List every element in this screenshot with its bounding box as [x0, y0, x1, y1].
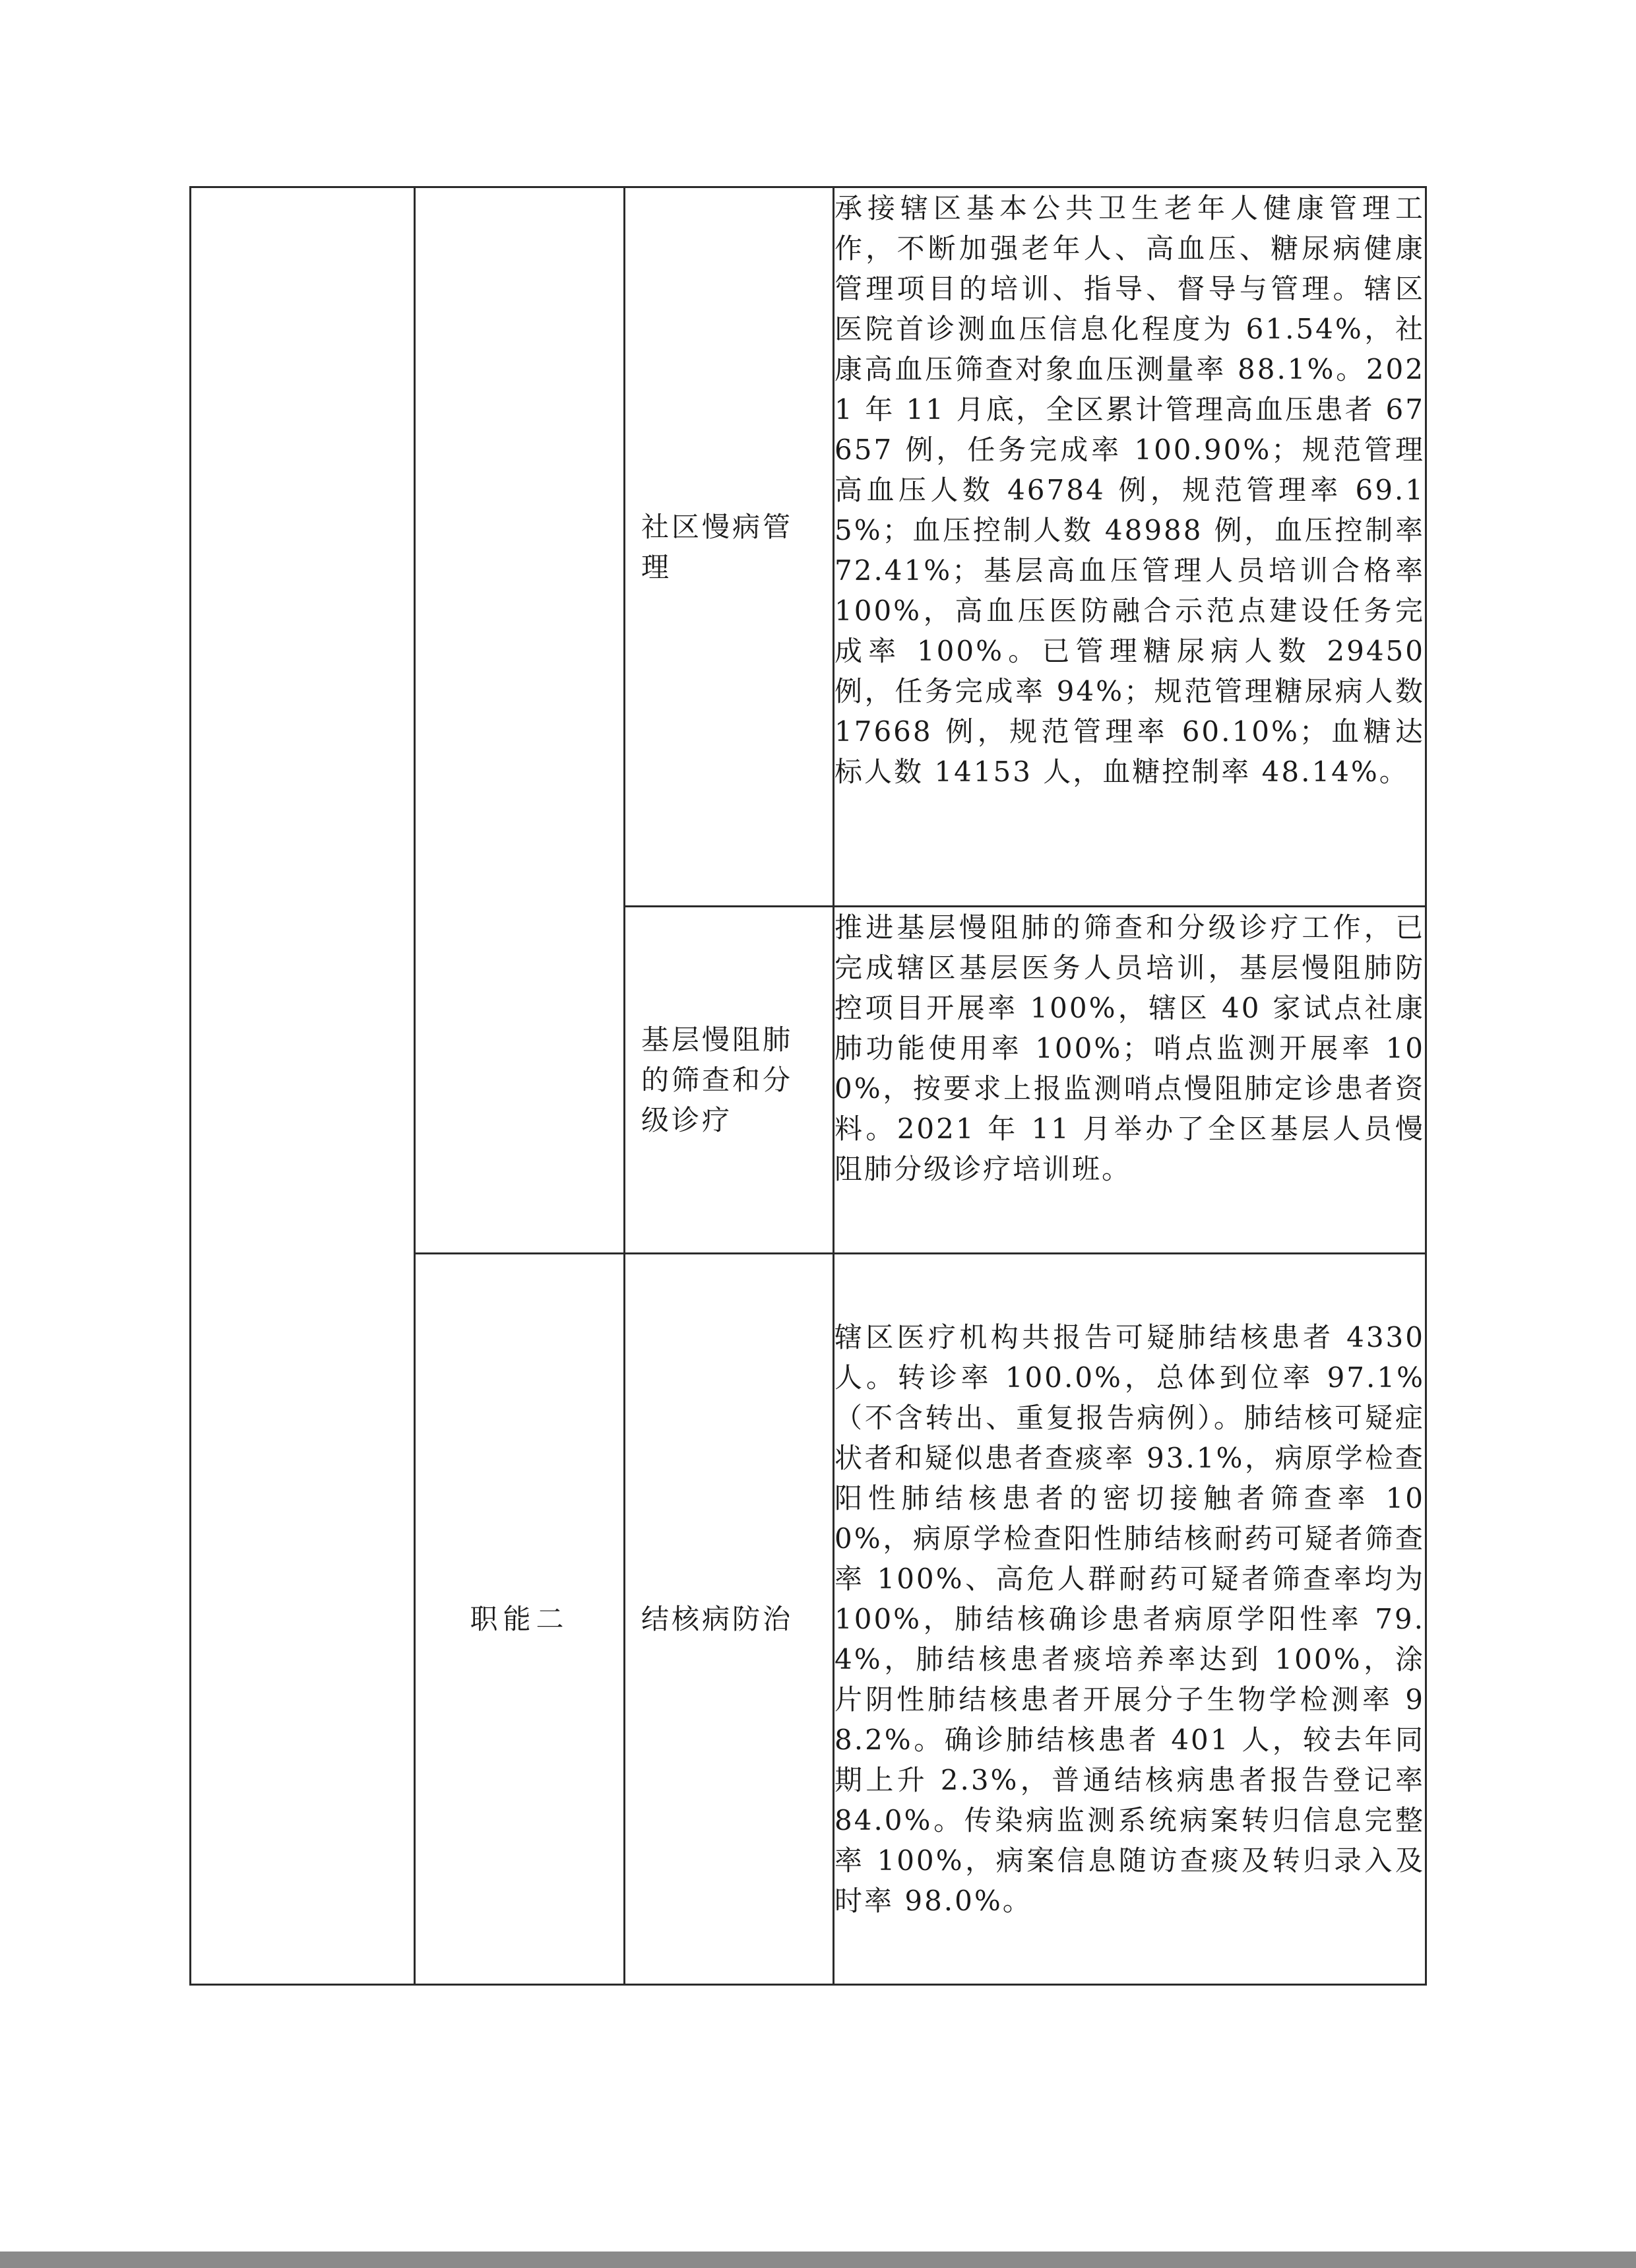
category-label: 社区慢病管理 — [625, 507, 833, 587]
table-row: 社区慢病管理 承接辖区基本公共卫生老年人健康管理工作，不断加强老年人、高血压、糖… — [191, 187, 1426, 907]
function-cell: 职能二 — [415, 1254, 625, 1985]
function-label: 职能二 — [416, 1599, 623, 1639]
function-cell — [415, 187, 625, 1254]
scan-edge-strip — [0, 2252, 1636, 2268]
content-cell: 辖区医疗机构共报告可疑肺结核患者 4330 人。转诊率 100.0%，总体到位率… — [834, 1254, 1426, 1985]
work-report-table: 社区慢病管理 承接辖区基本公共卫生老年人健康管理工作，不断加强老年人、高血压、糖… — [189, 186, 1427, 1986]
document-page: 社区慢病管理 承接辖区基本公共卫生老年人健康管理工作，不断加强老年人、高血压、糖… — [0, 0, 1636, 2268]
content-text: 承接辖区基本公共卫生老年人健康管理工作，不断加强老年人、高血压、糖尿病健康管理项… — [834, 188, 1425, 792]
category-cell: 基层慢阻肺的筛查和分级诊疗 — [625, 907, 834, 1254]
content-cell: 承接辖区基本公共卫生老年人健康管理工作，不断加强老年人、高血压、糖尿病健康管理项… — [834, 187, 1426, 907]
content-text: 推进基层慢阻肺的筛查和分级诊疗工作，已完成辖区基层医务人员培训，基层慢阻肺防控项… — [834, 907, 1425, 1189]
category-label: 结核病防治 — [625, 1599, 833, 1639]
section-cell — [191, 187, 415, 1985]
category-label: 基层慢阻肺的筛查和分级诊疗 — [625, 1020, 833, 1140]
content-text: 辖区医疗机构共报告可疑肺结核患者 4330 人。转诊率 100.0%，总体到位率… — [834, 1317, 1425, 1921]
category-cell: 社区慢病管理 — [625, 187, 834, 907]
category-cell: 结核病防治 — [625, 1254, 834, 1985]
content-cell: 推进基层慢阻肺的筛查和分级诊疗工作，已完成辖区基层医务人员培训，基层慢阻肺防控项… — [834, 907, 1426, 1254]
